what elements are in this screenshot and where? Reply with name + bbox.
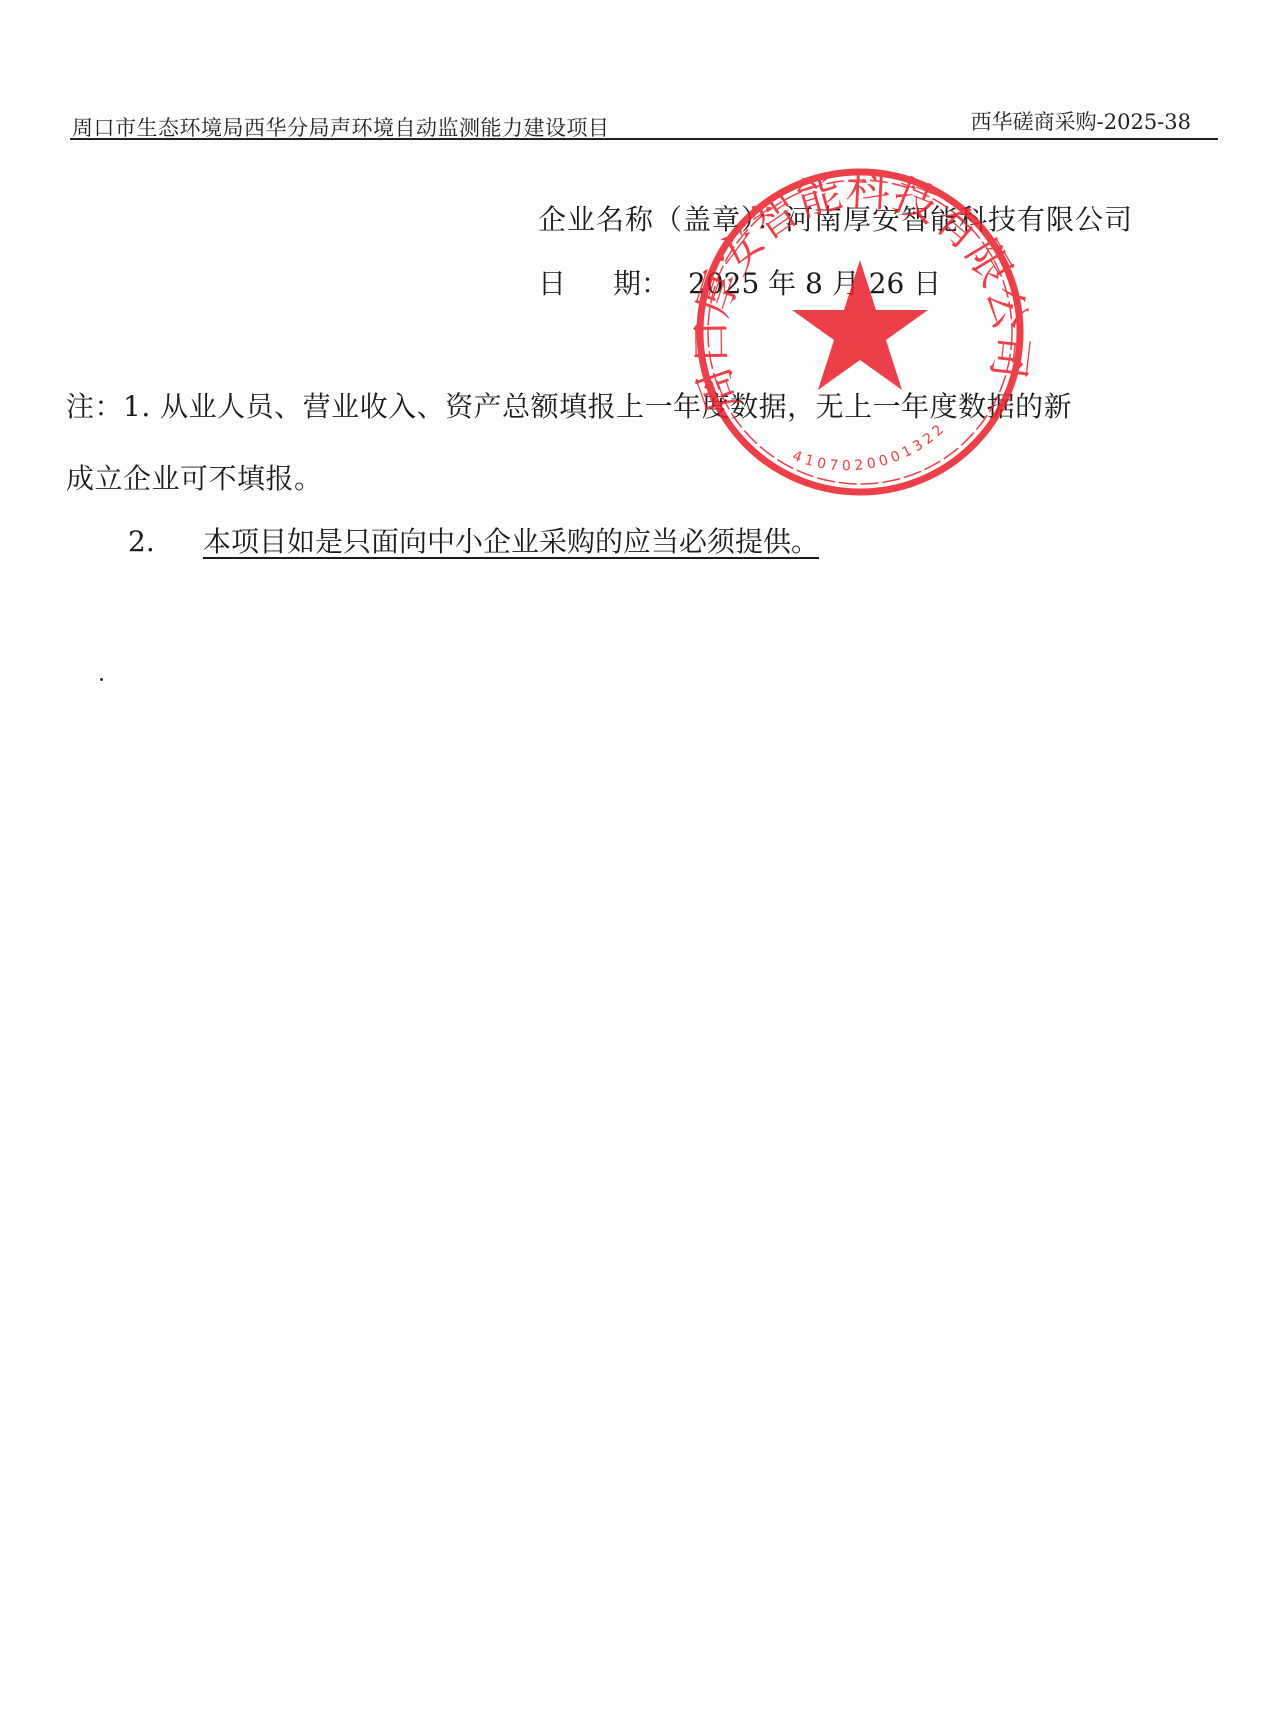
- note-1-line-1: 注：1. 从业人员、营业收入、资产总额填报上一年度数据，无上一年度数据的新: [66, 385, 1072, 425]
- company-label: 企业名称（盖章）：: [538, 203, 785, 236]
- header-procurement-number: 西华磋商采购-2025-38: [971, 106, 1191, 136]
- note-2-number: 2.: [128, 525, 203, 558]
- date-value: 2025 年 8 月 26 日: [688, 267, 941, 300]
- scan-speck: [100, 678, 103, 681]
- company-row: 企业名称（盖章）：河南厚安智能科技有限公司: [538, 198, 1133, 238]
- date-label-part1: 日: [538, 262, 613, 302]
- note-2: 2.本项目如是只面向中小企业采购的应当必须提供。: [128, 520, 819, 560]
- date-row: 日期： 2025 年 8 月 26 日: [538, 262, 941, 302]
- date-label-part2: 期：: [613, 262, 669, 302]
- stamp-code: 4107020001322: [790, 419, 949, 474]
- company-name: 河南厚安智能科技有限公司: [785, 203, 1133, 236]
- note-2-text: 本项目如是只面向中小企业采购的应当必须提供。: [203, 525, 819, 558]
- header-divider: [70, 138, 1218, 140]
- date-label: 日期：: [538, 262, 688, 302]
- note-1-line-2: 成立企业可不填报。: [66, 457, 323, 497]
